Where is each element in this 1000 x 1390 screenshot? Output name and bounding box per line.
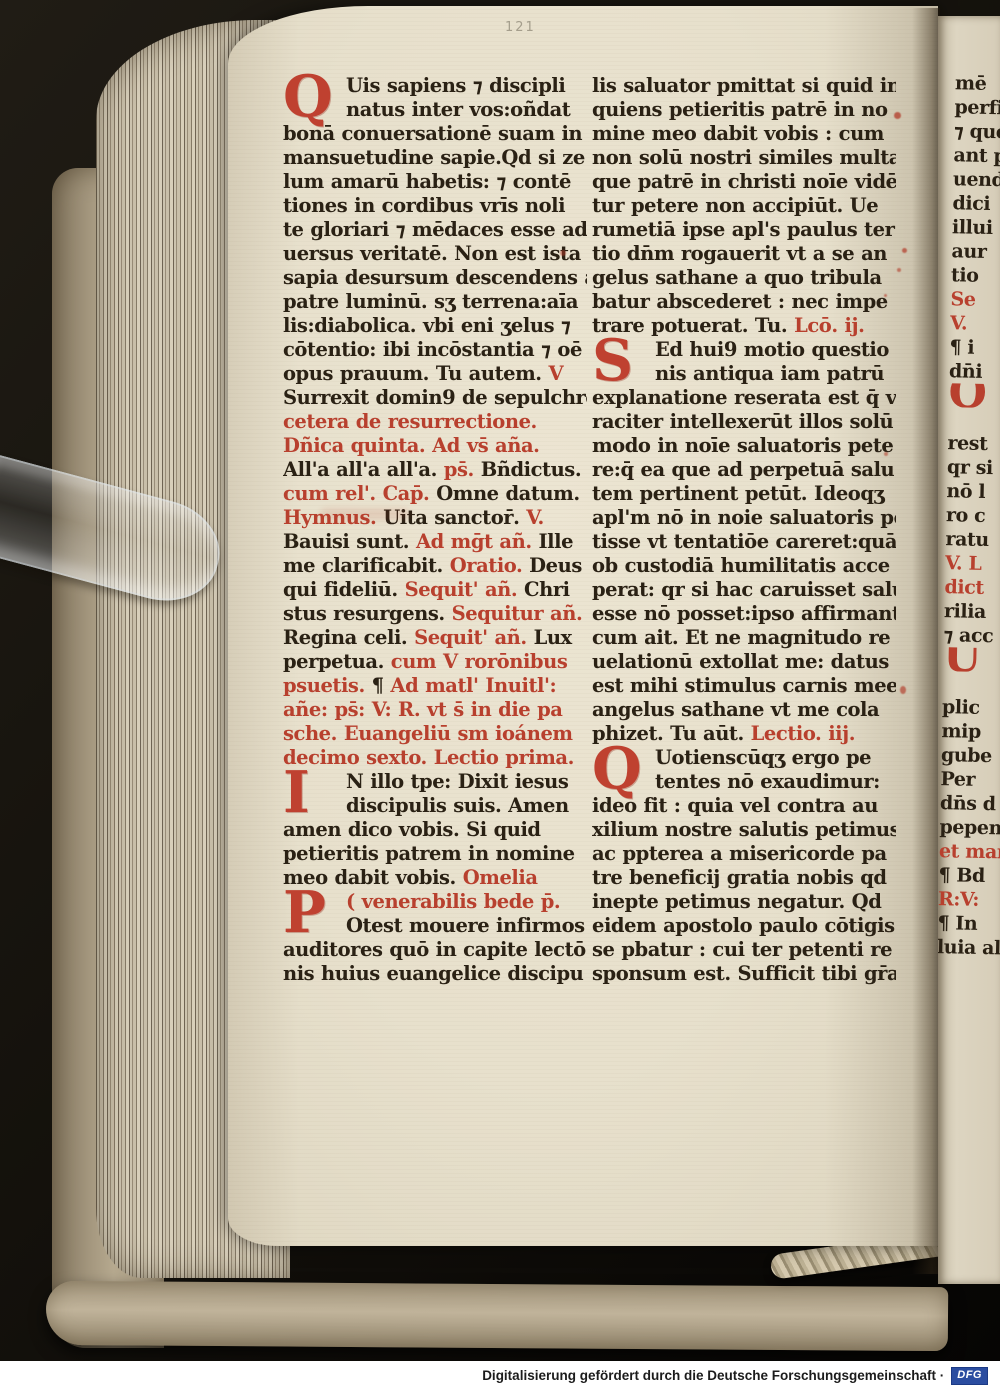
body-text: Regina celi. [283,626,414,649]
text-line: tentes nō exaudimur: [655,770,896,794]
text-line: lis:diabolica. vbi eni ʒelus ⁊ [283,314,587,338]
text-column-right: lis saluator pmittat si quid inquiens pe… [592,74,896,986]
body-text: sponsum est. Sufficit tibi gr̄a [592,962,896,985]
text-line: Regina celi. Sequit' añ. Lux [283,626,587,650]
rubric-text: et man [939,840,1000,863]
body-text: nis antiqua iam patrū [655,362,884,385]
drop-cap-initial: Q [592,746,655,794]
body-text: me clarificabit. [283,554,450,577]
rubric-text: R:V: [938,888,979,911]
sliver-text-line: rest [947,431,1000,457]
text-block: SEd hui9 motio questionis antiqua iam pa… [592,338,896,746]
body-text: qr si [947,456,993,479]
body-text: mip [941,720,981,743]
body-text: rilia [944,600,986,623]
text-line: trare potuerat. Tu. Lcō. ij. [592,314,896,338]
rubric-text: cum V rorōnibus [391,650,568,673]
body-text: stus resurgens. [283,602,452,625]
text-line: decimo sexto. Lectio prima. [283,746,587,770]
text-line: uersus veritatē. Non est ista [283,242,587,266]
digitized-book-scan: 121 QUis sapiens ⁊ disciplinatus inter v… [0,0,1000,1390]
text-line: se pbatur : cui ter petenti re [592,938,896,962]
text-line: uelationū extollat me: datus [592,650,896,674]
text-line: mansuetudine sapie.Qd si ze [283,146,587,170]
sliver-text-line: ⁊ que [954,119,1000,145]
text-line: ( venerabilis bede p̄. [346,890,587,914]
text-line: natus inter vos:oñdat [346,98,587,122]
body-text: ob custodiā humilitatis acce [592,554,890,577]
body-text: eidem apostolo paulo cōtigis [592,914,895,937]
body-text: lum amarū habetis: ⁊ contē [283,170,571,193]
body-text: perat: qr si hac caruisset salu9 [592,578,896,601]
text-line: sponsum est. Sufficit tibi gr̄a [592,962,896,986]
text-line: Dñica quinta. Ad vs̄ aña. [283,434,587,458]
sliver-text-line: ro c [946,503,1000,529]
text-line: lum amarū habetis: ⁊ contē [283,170,587,194]
sliver-text-line: ratu [945,527,1000,553]
text-line: cum rel'. Cap̄. Omne datum. [283,482,587,506]
text-line: xilium nostre salutis petimus [592,818,896,842]
sliver-text-line: gube [941,743,1000,769]
body-text: discipulis suis. Amen [346,794,569,817]
rubric-text: añe: ps̄: V: R. vt s̄ in die pa [283,698,562,721]
sliver-text-line: ⁊ acc [943,623,1000,649]
text-line: tem pertinent petūt. Ideoqʒ [592,482,896,506]
body-text: tisse vt tentatiōe careret:quā [592,530,896,553]
ink-stain [894,112,901,119]
text-block: QUotienscūqʒ ergo petentes nō exaudimur:… [592,746,896,986]
body-text: mine meo dabit vobis : cum [592,122,884,145]
sliver-text-line: R:V: [938,887,1000,913]
body-text: luia al [938,936,1000,959]
body-text: Otest mouere infirmos [346,914,585,937]
body-text: apl'm nō in noie saluatoris pe [592,506,896,529]
text-line: gelus sathane a quo tribula [592,266,896,290]
text-line: stus resurgens. Sequitur añ. [283,602,587,626]
text-line: cetera de resurrectione. [283,410,587,434]
text-line: explanatione reserata est q̄ ve [592,386,896,410]
sliver-text-line: V. [950,311,1000,337]
rubric-text: Oratio. [450,554,529,577]
text-line: me clarificabit. Oratio. Deus [283,554,587,578]
body-text: lis:diabolica. vbi eni ʒelus ⁊ [283,314,571,337]
text-block: lis saluator pmittat si quid inquiens pe… [592,74,896,338]
next-page-sliver: mēperfi⁊ queant puenddiciilluiaurtioSeV.… [938,16,1000,1284]
rubric-text: Dñica quinta. Ad vs̄ aña. [283,434,540,457]
text-line: Bauisi sunt. Ad mḡt añ. Ille [283,530,587,554]
body-text: dici [952,192,990,215]
body-text: Lux [534,626,572,649]
rubric-text: decimo sexto. Lectio prima. [283,746,574,769]
text-line: esse nō posset:ipso affirmante [592,602,896,626]
rubric-text: Lectio. iij. [751,722,855,745]
text-line: mine meo dabit vobis : cum [592,122,896,146]
text-line: que patrē in christi noīe vidē [592,170,896,194]
rubric-text: V. [526,506,544,529]
text-line: angelus sathane vt me cola [592,698,896,722]
text-line: est mihi stimulus carnis mee [592,674,896,698]
sliver-text-line: aur [951,239,1000,265]
body-text: gube [941,744,992,767]
text-line: Uis sapiens ⁊ discipli [346,74,587,98]
text-line: bonā conuersationē suam in [283,122,587,146]
body-text: rest [947,432,987,455]
drop-cap-initial: I [283,770,346,818]
body-text: nis huius euangelice discipu [283,962,583,985]
text-line: qui fideliū. Sequit' añ. Chri [283,578,587,602]
rubric-text: V. L [945,552,982,575]
body-text: ⁊ acc [943,624,993,647]
ink-stain [900,686,906,694]
body-text: ideo fit : quia vel contra au [592,794,878,817]
body-text: Chri [524,578,570,601]
body-text: patre luminū. sʒ terrena:aīa [283,290,578,313]
sliver-text-line: qr si [947,455,1000,481]
text-line: N illo tpe: Dixit iesus [346,770,587,794]
text-line: tisse vt tentatiōe careret:quā [592,530,896,554]
rubric-text: Sequit' añ. [405,578,524,601]
sliver-text-line [948,407,1000,433]
text-line: sapia desursum descendens a [283,266,587,290]
body-text: esse nō posset:ipso affirmante [592,602,896,625]
text-line: ideo fit : quia vel contra au [592,794,896,818]
rubric-text: Ad matl' Inuitl': [390,674,556,697]
sliver-text-line: perfi [954,95,1000,121]
body-text: N illo tpe: Dixit iesus [346,770,568,793]
drop-cap-initial: S [592,338,655,386]
folio-pencil-mark: 121 [505,20,536,35]
text-line: nis huius euangelice discipu [283,962,587,986]
text-line: raciter intellexerūt illos solū [592,410,896,434]
ink-stain [897,268,901,272]
body-text: All'a all'a all'a. [283,458,444,481]
body-text: tiones in cordibus vrīs noli [283,194,565,217]
rubric-text: ( venerabilis bede p̄. [346,890,560,913]
sliver-text-line: V. L [945,551,1000,577]
text-line: inepte petimus negatur. Qd [592,890,896,914]
body-text: raciter intellexerūt illos solū [592,410,893,433]
body-text: tem pertinent petūt. Ideoqʒ [592,482,884,505]
body-text: angelus sathane vt me cola [592,698,879,721]
body-text: ratu [945,528,989,551]
rubric-text: dict [944,576,984,599]
body-text: perfi [954,96,1000,119]
body-text: nō l [946,480,985,503]
body-text: tentes nō exaudimur: [655,770,880,793]
text-line: eidem apostolo paulo cōtigis [592,914,896,938]
body-text: est mihi stimulus carnis mee [592,674,896,697]
text-line: cum ait. Et ne magnitudo re [592,626,896,650]
body-text: bonā conuersationē suam in [283,122,582,145]
sliver-text-line: rilia [944,599,1000,625]
text-block: P( venerabilis bede p̄.Otest mouere infi… [283,890,587,986]
text-line: tio dn̄m rogauerit vt a se an [592,242,896,266]
text-line: Otest mouere infirmos [346,914,587,938]
rubric-text: Lcō. ij. [794,314,864,337]
text-line: sche. Euangeliū sm ioánem [283,722,587,746]
text-block: IN illo tpe: Dixit iesusdiscipulis suis.… [283,770,587,890]
body-text: auditores quō in capite lectō [283,938,586,961]
body-text: natus inter vos:oñdat [346,98,570,121]
text-line: non solū nostri similes multa [592,146,896,170]
body-text: inepte petimus negatur. Qd [592,890,881,913]
body-text: uelationū extollat me: datus [592,650,889,673]
body-text: Ille [539,530,574,553]
body-text: rumetiā ipse apl's paulus ter [592,218,894,241]
sliver-text-line: Per [940,767,1000,793]
text-line: perpetua. cum V rorōnibus [283,650,587,674]
rubric-text: sche. Euangeliū sm ioánem [283,722,573,745]
text-line: psuetis. ¶ Ad matl' Inuitl': [283,674,587,698]
text-line: patre luminū. sʒ terrena:aīa [283,290,587,314]
text-line: añe: ps̄: V: R. vt s̄ in die pa [283,698,587,722]
body-text: gelus sathane a quo tribula [592,266,882,289]
sliver-text-line: dici [952,191,1000,217]
body-text: Deus [529,554,582,577]
rubric-text: Se [950,288,975,311]
ink-smudge [320,508,410,520]
rubric-text: psuetis. [283,674,372,697]
body-text: Bauisi sunt. [283,530,416,553]
rubric-text: V [542,362,564,385]
book-cover-bottom-edge [46,1281,948,1351]
sliver-text-line: mē [955,71,1000,97]
body-text: sapia desursum descendens a [283,266,587,289]
text-line: All'a all'a all'a. ps̄. Bñdictus. [283,458,587,482]
text-line: petieritis patrem in nomine [283,842,587,866]
sliver-text-line: pepen [939,815,1000,841]
text-line: cōtentio: ibi incōstantia ⁊ oē [283,338,587,362]
text-line: perat: qr si hac caruisset salu9 [592,578,896,602]
text-line: batur abscederet : nec impe [592,290,896,314]
next-page-partial-text: mēperfi⁊ queant puenddiciilluiaurtioSeV.… [938,71,1000,960]
text-line: nis antiqua iam patrū [655,362,896,386]
body-text: Uis sapiens ⁊ discipli [346,74,565,97]
text-line: discipulis suis. Amen [346,794,587,818]
body-text: perpetua. [283,650,391,673]
body-text: qui fideliū. [283,578,405,601]
body-text: opus prauum. Tu autem. [283,362,542,385]
sliver-text-line: plic [942,695,1000,721]
body-text: ro c [946,504,986,527]
rubric-text: O [948,383,987,409]
text-line: tiones in cordibus vrīs noli [283,194,587,218]
sliver-text-line: dict [944,575,1000,601]
body-text: cum ait. Et ne magnitudo re [592,626,890,649]
body-text: tio [951,264,979,287]
text-line: rumetiā ipse apl's paulus ter [592,218,896,242]
text-line: opus prauum. Tu autem. V [283,362,587,386]
body-text: te gloriari ⁊ mēdaces esse ad [283,218,587,241]
text-line: tre beneficij gratia nobis qd [592,866,896,890]
ink-stain [884,452,888,456]
ink-stain [884,294,887,297]
body-text: mē [955,72,987,95]
body-text: dn̄s d [940,792,996,815]
rubric-text: cetera de resurrectione. [283,410,537,433]
sliver-text-line: O [948,383,1000,409]
text-line: Uotienscūqʒ ergo pe [655,746,896,770]
sliver-text-line: tio [951,263,1000,289]
text-line: Surrexit domin9 de sepulchro. [283,386,587,410]
text-block: Dñica quinta. Ad vs̄ aña.All'a all'a all… [283,434,587,770]
footer-credit-text: Digitalisierung gefördert durch die Deut… [482,1368,944,1383]
dfg-logo: DFG [951,1367,988,1385]
text-line: te gloriari ⁊ mēdaces esse ad [283,218,587,242]
text-line: re:q̄ ea que ad perpetuā salu [592,458,896,482]
body-text: ¶ Bd [938,864,985,887]
sliver-text-line: nō l [946,479,1000,505]
text-line: apl'm nō in noie saluatoris pe [592,506,896,530]
sliver-text-line: ¶ i [949,335,1000,361]
body-text: xilium nostre salutis petimus [592,818,896,841]
text-line: meo dabit vobis. Omelia [283,866,587,890]
body-text: Ed hui9 motio questio [655,338,889,361]
body-text: explanatione reserata est q̄ ve [592,386,896,409]
text-line: lis saluator pmittat si quid in [592,74,896,98]
body-text: ant p [953,144,1000,167]
body-text: pepen [939,816,1000,839]
body-text: ¶ In [938,912,977,935]
body-text: uersus veritatē. Non est ista [283,242,581,265]
body-text: ⁊ que [954,120,1000,143]
text-column-left: QUis sapiens ⁊ disciplinatus inter vos:o… [283,74,587,986]
sliver-text-line: luia al [938,935,1000,961]
body-text: mansuetudine sapie.Qd si ze [283,146,585,169]
body-text: dn̄i [949,360,983,383]
rubric-text: Ad mḡt añ. [416,530,539,553]
ink-stain [560,250,566,256]
gutter-shadow [912,8,940,1274]
rubric-text: V. [950,312,968,334]
body-text: tio dn̄m rogauerit vt a se an [592,242,887,265]
body-text: Surrexit domin9 de sepulchro. [283,386,587,409]
rubric-text: ps̄. [444,458,481,481]
text-line: ac ppterea a misericorde pa [592,842,896,866]
body-text: petieritis patrem in nomine [283,842,575,865]
body-text: se pbatur : cui ter petenti re [592,938,892,961]
body-text: Bñdictus. [481,458,581,481]
text-line: Ed hui9 motio questio [655,338,896,362]
rubric-text: Sequit' añ. [414,626,533,649]
body-text: ¶ [372,674,391,697]
body-text: re:q̄ ea que ad perpetuā salu [592,458,894,481]
body-text: Uotienscūqʒ ergo pe [655,746,871,769]
body-text: Omne datum. [436,482,579,505]
text-line: quiens petieritis patrē in no [592,98,896,122]
sliver-text-line: uend [953,167,1000,193]
ink-stain [902,248,907,253]
rubric-text: cum rel'. Cap̄. [283,482,436,505]
drop-cap-initial: Q [283,74,346,122]
sliver-text-line: dn̄i [949,359,1000,385]
body-text: uend [953,168,1000,191]
body-text: modo in noīe saluatoris pete [592,434,893,457]
sliver-text-line: ¶ In [938,911,1000,937]
body-text: que patrē in christi noīe vidē [592,170,896,193]
digitization-footer: Digitalisierung gefördert durch die Deut… [0,1361,1000,1390]
text-line: amen dico vobis. Si quid [283,818,587,842]
sliver-text-line: Se [950,287,1000,313]
rubric-text: Omelia [463,866,538,889]
text-line: ob custodiā humilitatis acce [592,554,896,578]
rubric-text: Sequitur añ. [452,602,583,625]
rubric-text: U [943,647,982,673]
text-line: auditores quō in capite lectō [283,938,587,962]
body-text: ¶ i [949,336,974,359]
body-text: quiens petieritis patrē in no [592,98,888,121]
text-line: modo in noīe saluatoris pete [592,434,896,458]
text-line: tur petere non accipiūt. Ue [592,194,896,218]
body-text: tre beneficij gratia nobis qd [592,866,887,889]
body-text: amen dico vobis. Si quid [283,818,541,841]
drop-cap-initial: P [283,890,346,938]
body-text: illui [952,216,993,239]
sliver-text-line: ¶ Bd [938,863,1000,889]
sliver-text-line: illui [952,215,1000,241]
body-text: Per [940,768,975,791]
body-text: tur petere non accipiūt. Ue [592,194,878,217]
sliver-text-line: ant p [953,143,1000,169]
body-text: cōtentio: ibi incōstantia ⁊ oē [283,338,582,361]
body-text: lis saluator pmittat si quid in [592,74,896,97]
sliver-text-line: U [943,647,1000,673]
sliver-text-line: dn̄s d [940,791,1000,817]
sliver-text-line: et man [939,839,1000,865]
body-text: non solū nostri similes multa [592,146,896,169]
body-text: plic [942,696,980,719]
text-block: QUis sapiens ⁊ disciplinatus inter vos:o… [283,74,587,434]
body-text: batur abscederet : nec impe [592,290,888,313]
body-text: aur [951,240,986,263]
sliver-text-line [942,671,1000,697]
body-text: ac ppterea a misericorde pa [592,842,887,865]
sliver-text-line: mip [941,719,1000,745]
